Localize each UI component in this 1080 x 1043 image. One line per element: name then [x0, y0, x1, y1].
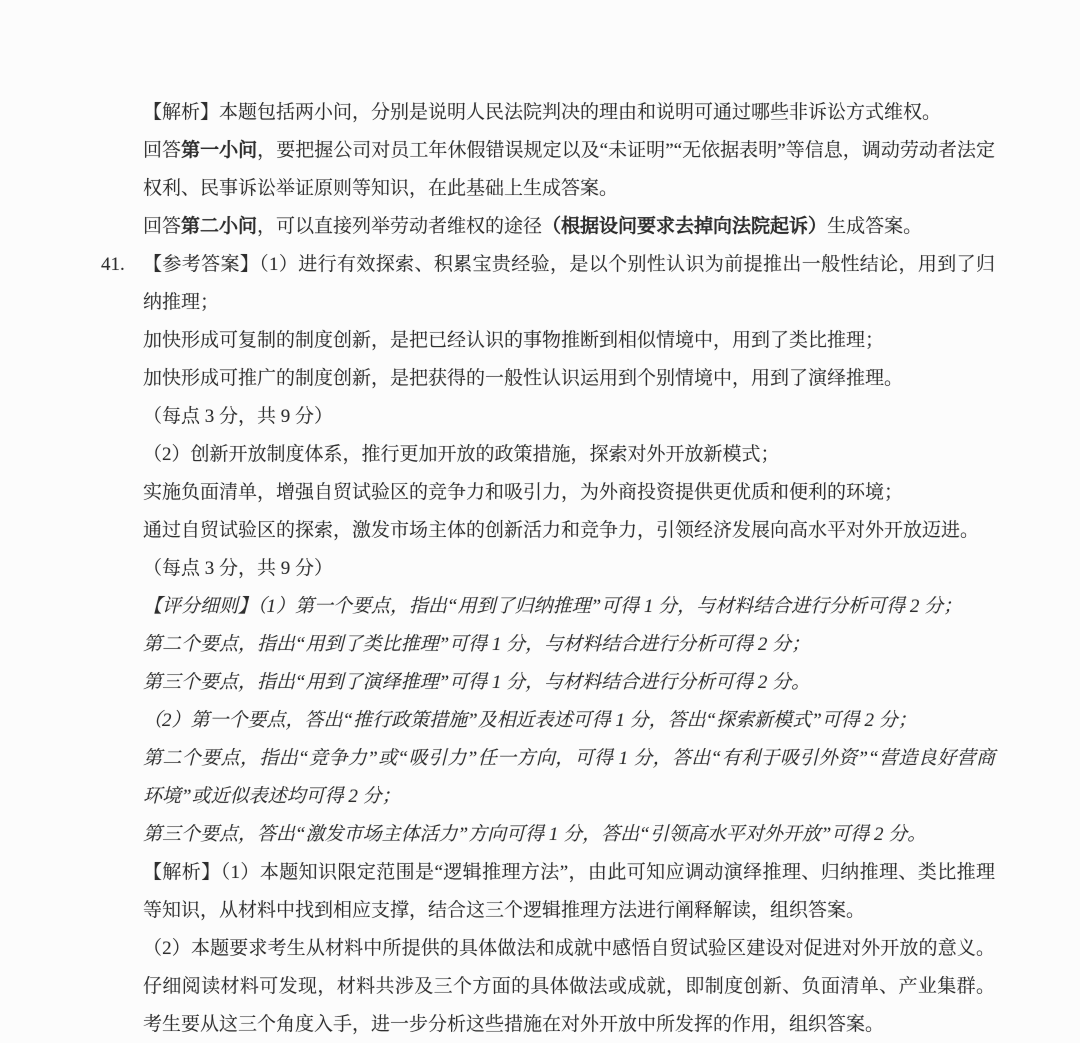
text-run-bold: 第一小问 — [181, 140, 257, 161]
scoring-rule-paragraph: 第二个要点，指出“竞争力”或“吸引力”任一方向，可得 1 分，答出“有利于吸引外… — [143, 740, 995, 816]
analysis-paragraph: 回答第一小问，要把握公司对员工年休假错误规定以及“未证明”“无依据表明”等信息，… — [143, 132, 995, 208]
text-run-bold: 第二小问 — [181, 216, 257, 237]
scoring-rule-paragraph: 第三个要点，答出“激发市场主体活力”方向可得 1 分，答出“引领高水平对外开放”… — [143, 816, 995, 854]
analysis-paragraph: 【解析】本题包括两小问，分别是说明人民法院判决的理由和说明可通过哪些非诉讼方式维… — [143, 94, 995, 132]
reference-answer-paragraph: 加快形成可推广的制度创新，是把获得的一般性认识运用到个别情境中，用到了演绎推理。 — [143, 360, 995, 398]
analysis-paragraph: 【解析】（1）本题知识限定范围是“逻辑推理方法”，由此可知应调动演绎推理、归纳推… — [143, 854, 995, 930]
scoring-rule-paragraph: 【评分细则】（1）第一个要点，指出“用到了归纳推理”可得 1 分，与材料结合进行… — [143, 588, 995, 626]
reference-answer-paragraph: （2）创新开放制度体系，推行更加开放的政策措施，探索对外开放新模式； — [143, 436, 995, 474]
text-run: 回答 — [143, 216, 181, 237]
question-number: 41. — [101, 246, 125, 284]
scoring-rule-paragraph: 第三个要点，指出“用到了演绎推理”可得 1 分，与材料结合进行分析可得 2 分。 — [143, 664, 995, 702]
text-run: ，可以直接列举劳动者维权的途径 — [257, 216, 542, 237]
reference-answer-paragraph: 加快形成可复制的制度创新，是把已经认识的事物推断到相似情境中，用到了类比推理； — [143, 322, 995, 360]
score-note: （每点 3 分，共 9 分） — [143, 550, 995, 588]
reference-answer-paragraph: 【参考答案】（1）进行有效探索、积累宝贵经验，是以个别性认识为前提推出一般性结论… — [143, 246, 995, 322]
document-content: 【解析】本题包括两小问，分别是说明人民法院判决的理由和说明可通过哪些非诉讼方式维… — [143, 94, 995, 1043]
text-run-bold: （根据设问要求去掉向法院起诉） — [542, 216, 827, 237]
analysis-paragraph: （2）本题要求考生从材料中所提供的具体做法和成就中感悟自贸试验区建设对促进对外开… — [143, 930, 995, 1043]
text-run: 回答 — [143, 140, 181, 161]
score-note: （每点 3 分，共 9 分） — [143, 398, 995, 436]
analysis-paragraph: 回答第二小问，可以直接列举劳动者维权的途径（根据设问要求去掉向法院起诉）生成答案… — [143, 208, 995, 246]
scoring-rule-paragraph: 第二个要点，指出“用到了类比推理”可得 1 分，与材料结合进行分析可得 2 分； — [143, 626, 995, 664]
document-page: 【解析】本题包括两小问，分别是说明人民法院判决的理由和说明可通过哪些非诉讼方式维… — [0, 0, 1080, 1043]
q41-block: 41. 【参考答案】（1）进行有效探索、积累宝贵经验，是以个别性认识为前提推出一… — [143, 246, 995, 1043]
text-run: ，要把握公司对员工年休假错误规定以及“未证明”“无依据表明”等信息，调动劳动者法… — [143, 140, 995, 199]
reference-answer-paragraph: 实施负面清单，增强自贸试验区的竞争力和吸引力，为外商投资提供更优质和便利的环境； — [143, 474, 995, 512]
scoring-rule-paragraph: （2）第一个要点，答出“推行政策措施”及相近表述可得 1 分，答出“探索新模式”… — [143, 702, 995, 740]
q40-analysis-block: 【解析】本题包括两小问，分别是说明人民法院判决的理由和说明可通过哪些非诉讼方式维… — [143, 94, 995, 246]
reference-answer-paragraph: 通过自贸试验区的探索，激发市场主体的创新活力和竞争力，引领经济发展向高水平对外开… — [143, 512, 995, 550]
text-run: 生成答案。 — [827, 216, 922, 237]
